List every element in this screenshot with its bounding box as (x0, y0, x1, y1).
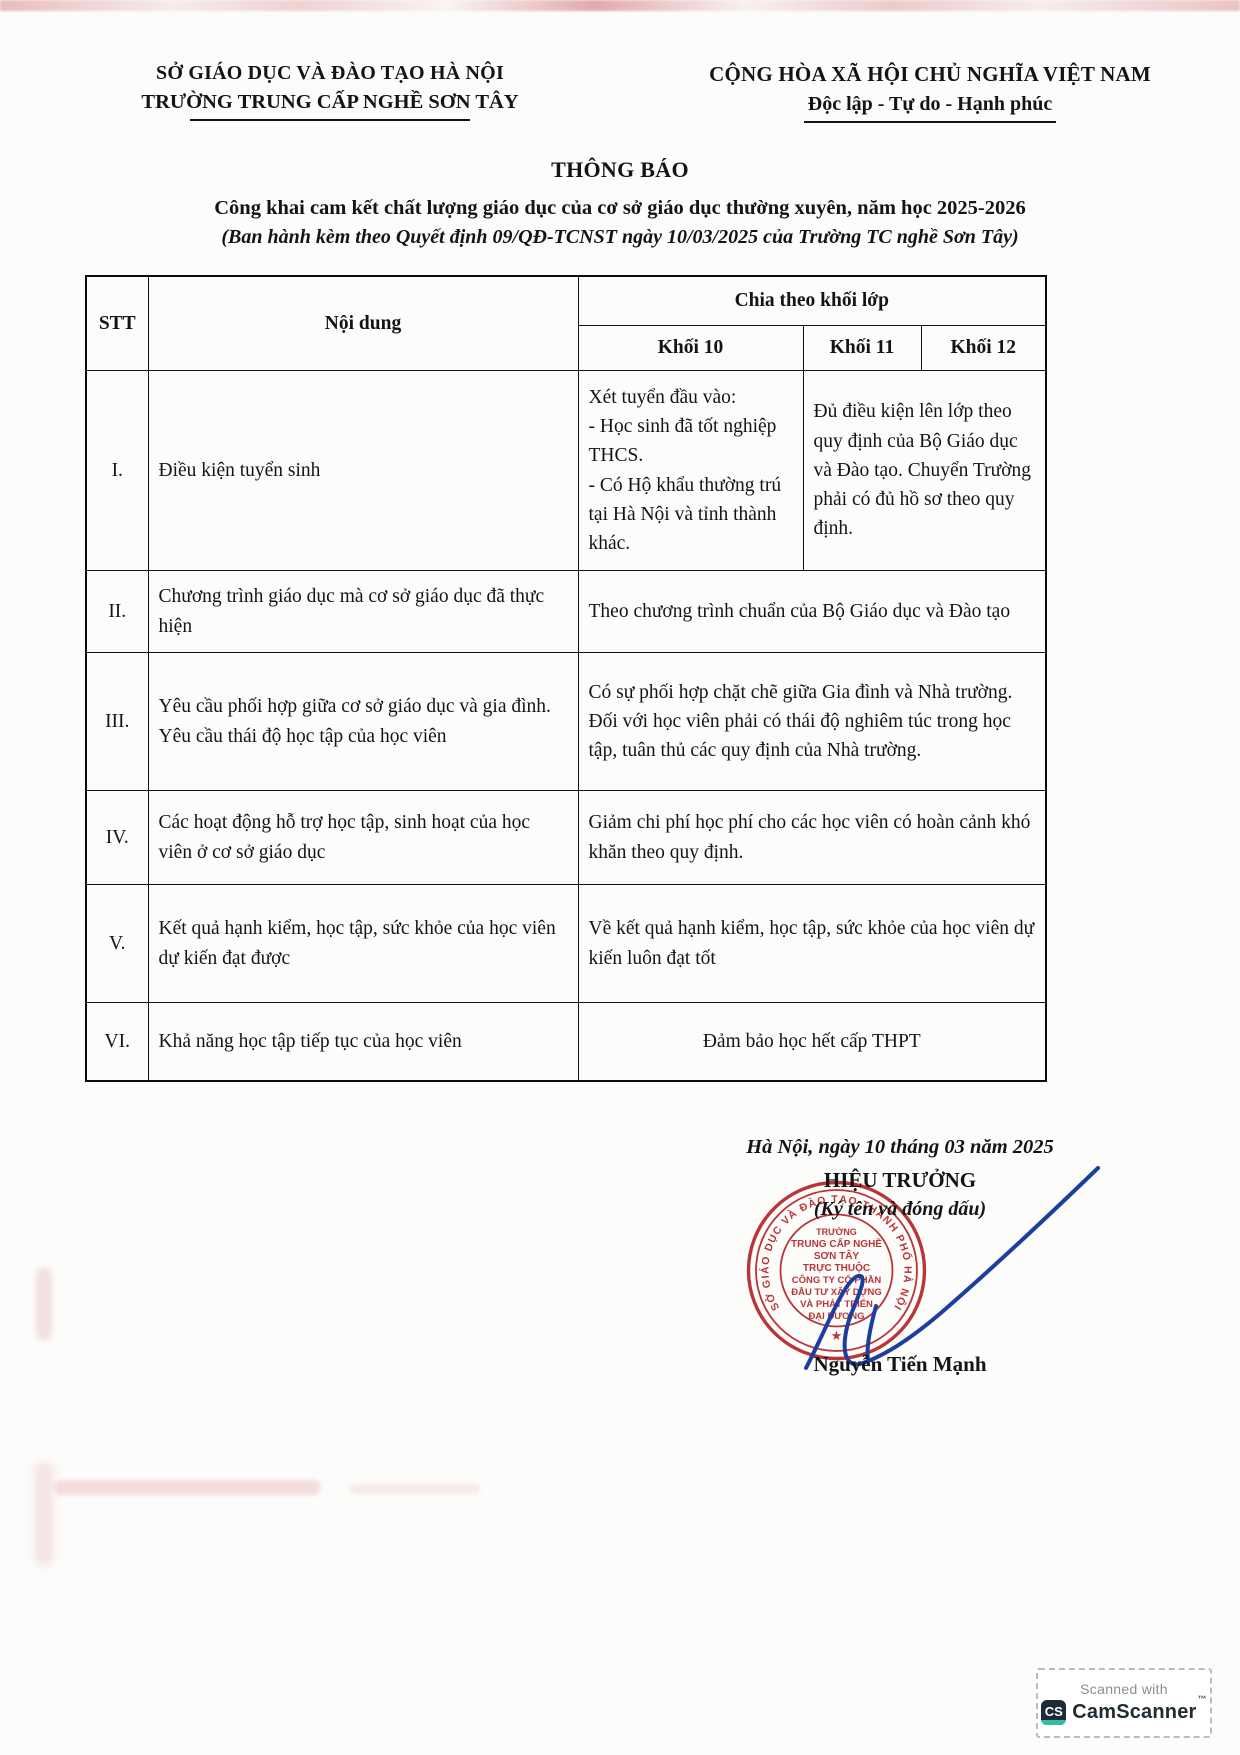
col-header-group: Chia theo khối lớp (578, 276, 1046, 326)
signer-name: Nguyễn Tiến Mạnh (660, 1352, 1140, 1377)
motto-underline (804, 121, 1056, 123)
school-name: TRƯỜNG TRUNG CẤP NGHỀ SƠN TÂY (110, 91, 550, 114)
signature-scribble-svg (690, 1116, 1120, 1386)
row-5-all-khoi: Về kết quả hạnh kiểm, học tập, sức khỏe … (578, 885, 1046, 1003)
col-header-khoi-11: Khối 11 (803, 326, 921, 371)
camscanner-scanned-with-label: Scanned with (1080, 1681, 1168, 1697)
issuing-agency-block: SỞ GIÁO DỤC VÀ ĐÀO TẠO HÀ NỘI TRƯỜNG TRU… (110, 62, 550, 123)
table-row: II. Chương trình giáo dục mà cơ sở giáo … (86, 571, 1046, 653)
col-header-noi-dung: Nội dung (148, 276, 578, 371)
row-4-noi-dung: Các hoạt động hỗ trợ học tập, sinh hoạt … (148, 791, 578, 885)
col-header-khoi-12: Khối 12 (921, 326, 1046, 371)
school-name-underline (190, 119, 470, 121)
row-1-khoi-10: Xét tuyển đầu vào: - Học sinh đã tốt ngh… (578, 371, 803, 571)
row-5-stt: V. (86, 885, 148, 1003)
row-4-all-khoi: Giảm chi phí học phí cho các học viên có… (578, 791, 1046, 885)
row-3-all-khoi: Có sự phối hợp chặt chẽ giữa Gia đình và… (578, 653, 1046, 791)
camscanner-brand-row: CS CamScanner™ (1041, 1700, 1206, 1725)
issuance-note: (Ban hành kèm theo Quyết định 09/QĐ-TCNS… (0, 226, 1240, 249)
scanned-document-page: SỞ GIÁO DỤC VÀ ĐÀO TẠO HÀ NỘI TRƯỜNG TRU… (0, 0, 1240, 1755)
row-3-stt: III. (86, 653, 148, 791)
camscanner-logo-teal-bar (1041, 1720, 1066, 1725)
row-6-all-khoi: Đảm bảo học hết cấp THPT (578, 1003, 1046, 1081)
camscanner-brand-name: CamScanner™ (1072, 1701, 1206, 1724)
national-header-block: CỘNG HÒA XÃ HỘI CHỦ NGHĨA VIỆT NAM Độc l… (690, 62, 1170, 123)
col-header-khoi-10: Khối 10 (578, 326, 803, 371)
document-header: SỞ GIÁO DỤC VÀ ĐÀO TẠO HÀ NỘI TRƯỜNG TRU… (0, 0, 1240, 123)
camscanner-badge: Scanned with CS CamScanner™ (1036, 1668, 1212, 1738)
row-2-all-khoi: Theo chương trình chuẩn của Bộ Giáo dục … (578, 571, 1046, 653)
row-4-stt: IV. (86, 791, 148, 885)
row-6-stt: VI. (86, 1003, 148, 1081)
handwritten-signature (690, 1116, 1120, 1386)
document-title: THÔNG BÁO (0, 157, 1240, 183)
document-subtitle: Công khai cam kết chất lượng giáo dục củ… (0, 197, 1240, 220)
row-2-noi-dung: Chương trình giáo dục mà cơ sở giáo dục … (148, 571, 578, 653)
signature-block: Hà Nội, ngày 10 tháng 03 năm 2025 HIỆU T… (0, 1128, 1240, 1598)
row-6-noi-dung: Khả năng học tập tiếp tục của học viên (148, 1003, 578, 1081)
table-row: V. Kết quả hạnh kiểm, học tập, sức khỏe … (86, 885, 1046, 1003)
camscanner-logo-text: CS (1045, 1705, 1063, 1718)
row-1-stt: I. (86, 371, 148, 571)
row-5-noi-dung: Kết quả hạnh kiểm, học tập, sức khỏe của… (148, 885, 578, 1003)
table-row: VI. Khả năng học tập tiếp tục của học vi… (86, 1003, 1046, 1081)
row-1-noi-dung: Điều kiện tuyển sinh (148, 371, 578, 571)
national-motto: Độc lập - Tự do - Hạnh phúc (690, 93, 1170, 116)
row-1-khoi-11-12: Đủ điều kiện lên lớp theo quy định của B… (803, 371, 1046, 571)
col-header-stt: STT (86, 276, 148, 371)
camscanner-trademark-symbol: ™ (1198, 1694, 1207, 1704)
table-row: III. Yêu cầu phối hợp giữa cơ sở giáo dụ… (86, 653, 1046, 791)
camscanner-brand-text: CamScanner (1072, 1701, 1196, 1723)
table-row: I. Điều kiện tuyển sinh Xét tuyển đầu và… (86, 371, 1046, 571)
row-2-stt: II. (86, 571, 148, 653)
agency-parent-name: SỞ GIÁO DỤC VÀ ĐÀO TẠO HÀ NỘI (110, 62, 550, 85)
row-3-noi-dung: Yêu cầu phối hợp giữa cơ sở giáo dục và … (148, 653, 578, 791)
commitment-table: STT Nội dung Chia theo khối lớp Khối 10 … (85, 275, 1047, 1082)
table-row: IV. Các hoạt động hỗ trợ học tập, sinh h… (86, 791, 1046, 885)
national-title: CỘNG HÒA XÃ HỘI CHỦ NGHĨA VIỆT NAM (690, 62, 1170, 87)
camscanner-logo-icon: CS (1041, 1700, 1066, 1725)
